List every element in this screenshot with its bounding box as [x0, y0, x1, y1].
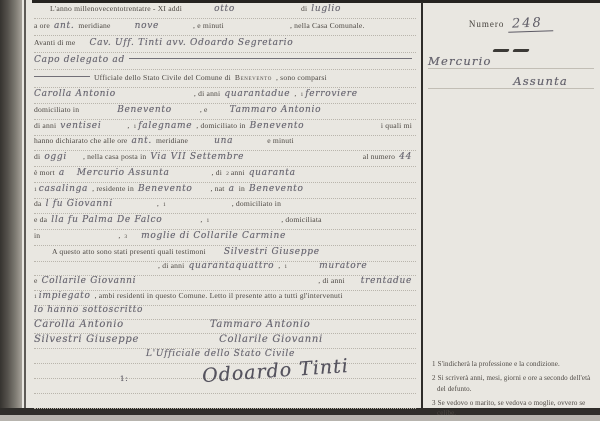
printed-text: , — [278, 261, 280, 270]
handwritten-month: luglio — [311, 4, 341, 14]
handwritten-day-ref: oggi — [44, 152, 67, 162]
footnote-number: 3 — [432, 399, 436, 407]
scanned-document: L'anno millenovecentotrentatre - XI addì… — [0, 0, 600, 421]
printed-text: e minuti — [267, 136, 294, 145]
printed-text: hanno dichiarato che alle ore — [34, 136, 128, 145]
signature-witness1: Silvestri Giuseppe — [34, 334, 139, 345]
column-divider — [421, 2, 423, 413]
printed-text: meridiane — [156, 136, 188, 145]
footnote-number: 2 — [432, 374, 436, 382]
footnote-ref: 1 — [134, 125, 137, 131]
ink-stroke — [34, 76, 90, 77]
act-number: 248 — [508, 15, 553, 33]
footnote-2: 2Si scriverà anni, mesi, giorni e ore a … — [432, 373, 594, 395]
handwritten-age: quarantadue — [224, 89, 290, 99]
ink-stroke — [129, 58, 412, 59]
footnote-ref: 1 — [300, 93, 303, 99]
printed-text: , nella Casa Comunale. — [290, 21, 365, 30]
handwritten-residence: Benevento — [250, 121, 305, 131]
handwritten-witness1: Silvestri Giuseppe — [224, 247, 320, 257]
act-line-address: di oggi , nella casa posta in Via VII Se… — [34, 152, 416, 167]
act-line-witness1-details: , di anni quarantaquattro , 1 muratore — [34, 261, 416, 276]
printed-text: di — [301, 4, 307, 13]
handwritten-street-number: 44 — [399, 152, 412, 162]
printed-text: e da — [34, 215, 47, 224]
printed-text: Ufficiale dello Stato Civile del Comune … — [94, 73, 231, 82]
footnote-3: 3Se vedovo o marito, se vedova o moglie,… — [432, 398, 594, 420]
act-line-comune: Ufficiale dello Stato Civile del Comune … — [34, 73, 416, 88]
act-line-deceased: è mort a Mercurio Assunta , di 2 anni qu… — [34, 168, 416, 183]
footnote-number: 1 — [432, 360, 436, 368]
handwritten-profession: impiegato — [39, 291, 91, 301]
footnote-1: 1S'indicherà la professione e la condizi… — [432, 359, 594, 370]
binding-line — [24, 0, 26, 421]
printed-text: , di anni — [158, 261, 184, 270]
margin-column: Numero 248 Mercurio Assunta 1S'indicherà… — [424, 0, 598, 408]
printed-text: , sono comparsi — [276, 73, 327, 82]
official-title: L'Ufficiale dello Stato Civile — [146, 349, 295, 359]
printed-text: , e minuti — [193, 21, 224, 30]
act-number-row: Numero 248 — [424, 14, 598, 32]
signature-declarant1: Carolla Antonio — [34, 319, 124, 330]
footnote-ref: 1 — [163, 203, 166, 209]
handwritten-profession: falegname — [138, 121, 192, 131]
act-line-declarant2: domiciliato in Benevento , e Tammaro Ant… — [34, 105, 416, 120]
printed-text: , nella casa posta in — [83, 152, 146, 161]
printed-text: , e — [200, 105, 208, 114]
printed-text: di — [34, 152, 40, 161]
footnote-text: S'indicherà la professione e la condizio… — [438, 360, 560, 368]
handwritten-profession: muratore — [319, 261, 367, 271]
handwritten-letter: a — [229, 184, 235, 194]
printed-text: Avanti di me — [34, 38, 75, 47]
official-title-line: L'Ufficiale dello Stato Civile — [34, 349, 416, 364]
handwritten-age: quarantaquattro — [188, 261, 274, 271]
act-line-spouse: in , 3 moglie di Collarile Carmine — [34, 231, 416, 246]
signature-declarant2: Tammaro Antonio — [210, 319, 311, 330]
printed-text: , ambi residenti in questo Comune. Letto… — [95, 291, 343, 300]
handwritten-birthplace: Benevento — [249, 184, 304, 194]
footnote-ref: 1 — [34, 188, 37, 194]
handwritten-meridian: ant. — [132, 136, 152, 146]
signature-row2: Silvestri Giuseppe Collarile Giovanni — [34, 334, 416, 349]
printed-text: in — [239, 184, 245, 193]
printed-text: al numero — [363, 152, 395, 161]
printed-text: L'anno millenovecentotrentatre - XI addì — [50, 4, 182, 13]
handwritten-delegation: Capo delegato ad — [34, 55, 125, 65]
handwritten-street: Via VII Settembre — [150, 152, 244, 162]
margin-mark: 1: — [120, 375, 128, 383]
footnote-ref: 1 — [284, 265, 287, 271]
printed-text: da — [34, 199, 42, 208]
handwritten-deceased-name: Mercurio Assunta — [77, 168, 170, 178]
handwritten-hour: una — [214, 136, 233, 146]
printed-text: domiciliato in — [34, 105, 79, 114]
act-line-subscribed: lo hanno sottoscritto — [34, 305, 416, 320]
footnote-ref: 1 — [34, 295, 37, 301]
printed-text: in — [34, 231, 40, 240]
footnotes: 1S'indicherà la professione e la condizi… — [432, 359, 594, 421]
printed-text: i quali mi — [381, 121, 412, 130]
signature-row1: Carolla Antonio Tammaro Antonio — [34, 319, 416, 334]
handwritten-declarant2: Tammaro Antonio — [230, 105, 322, 115]
printed-text: , di — [212, 168, 223, 177]
margin-name-line1: Mercurio — [428, 52, 594, 69]
act-line-deceased-details: 1 casalinga , residente in Benevento , n… — [34, 184, 416, 199]
printed-text: anni — [231, 168, 245, 177]
printed-text: meridiane — [78, 21, 110, 30]
handwritten-profession: ferroviere — [305, 89, 358, 99]
act-line-witnesses: A questo atto sono stati presenti quali … — [34, 247, 416, 262]
printed-text: è mort — [34, 168, 55, 177]
printed-text: , residente in — [92, 184, 134, 193]
act-body: L'anno millenovecentotrentatre - XI addì… — [34, 0, 418, 408]
handwritten-subscribed: lo hanno sottoscritto — [34, 305, 143, 315]
handwritten-spouse: moglie di Collarile Carmine — [141, 231, 286, 241]
act-line-delegation: Capo delegato ad — [34, 55, 416, 70]
signature-witness2: Collarile Giovanni — [219, 334, 323, 345]
ruled-line — [34, 394, 416, 409]
deceased-firstname: Assunta — [513, 74, 568, 88]
printed-text: , domiciliato in — [196, 121, 245, 130]
printed-text: , nat — [211, 184, 225, 193]
act-line-father: da l fu Giovanni , 1 , domiciliato in — [34, 199, 416, 214]
printed-text: , di anni — [318, 276, 344, 285]
printed-text: , — [294, 89, 296, 98]
footnote-ref: 2 — [226, 172, 229, 178]
margin-name-line2: Assunta — [428, 72, 594, 89]
act-line-witness2: e Collarile Giovanni , di anni trentadue — [34, 276, 416, 291]
scan-left-edge — [0, 0, 22, 421]
footnote-ref: 1 — [206, 219, 209, 225]
act-line-closing: 1 impiegato , ambi residenti in questo C… — [34, 291, 416, 306]
footnote-text: Se vedovo o marito, se vedova o moglie, … — [437, 399, 585, 418]
printed-text: a ore — [34, 21, 50, 30]
handwritten-age: quaranta — [249, 168, 296, 178]
printed-text: , domiciliata — [281, 215, 322, 224]
printed-text: e — [34, 276, 38, 285]
numero-label: Numero — [469, 19, 505, 29]
handwritten-mother: lla fu Palma De Falco — [51, 215, 162, 225]
printed-comune-name: Benevento — [235, 73, 272, 82]
handwritten-age: trentadue — [361, 276, 412, 286]
handwritten-age: ventisei — [60, 121, 101, 131]
printed-text: A questo atto sono stati presenti quali … — [52, 247, 206, 256]
footnote-ref: 3 — [124, 235, 127, 241]
handwritten-letter: a — [59, 168, 65, 178]
handwritten-declarant1: Carolla Antonio — [34, 89, 116, 99]
deceased-surname: Mercurio — [428, 54, 492, 68]
handwritten-residence: Benevento — [117, 105, 172, 115]
printed-text: , domiciliato in — [232, 199, 281, 208]
handwritten-day: otto — [214, 4, 235, 14]
printed-text: , — [200, 215, 202, 224]
handwritten-meridian: ant. — [54, 21, 74, 31]
handwritten-hour: nove — [135, 21, 159, 31]
handwritten-father: l fu Giovanni — [46, 199, 113, 209]
handwritten-residence: Benevento — [138, 184, 193, 194]
printed-text: di anni — [34, 121, 56, 130]
act-line-official: Avanti di me Cav. Uff. Tinti avv. Odoard… — [34, 38, 416, 53]
handwritten-official-name: Cav. Uff. Tinti avv. Odoardo Segretario — [89, 38, 293, 48]
act-line-declarant2-details: di anni ventisei , 1 falegname , domicil… — [34, 121, 416, 136]
printed-text: , di anni — [194, 89, 220, 98]
handwritten-profession: casalinga — [39, 184, 88, 194]
footnote-text: Si scriverà anni, mesi, giorni e ore a s… — [437, 374, 590, 393]
printed-text: , — [127, 121, 129, 130]
printed-text: , — [157, 199, 159, 208]
handwritten-witness2: Collarile Giovanni — [42, 276, 137, 286]
act-line-declaration-time: hanno dichiarato che alle ore ant. merid… — [34, 136, 416, 151]
act-line-time: a ore ant. meridiane nove , e minuti , n… — [34, 21, 416, 36]
printed-text: , — [118, 231, 120, 240]
act-line-mother: e da lla fu Palma De Falco , 1 , domicil… — [34, 215, 416, 230]
act-line-date: L'anno millenovecentotrentatre - XI addì… — [34, 4, 416, 19]
act-line-declarant1: Carolla Antonio , di anni quarantadue , … — [34, 89, 416, 104]
